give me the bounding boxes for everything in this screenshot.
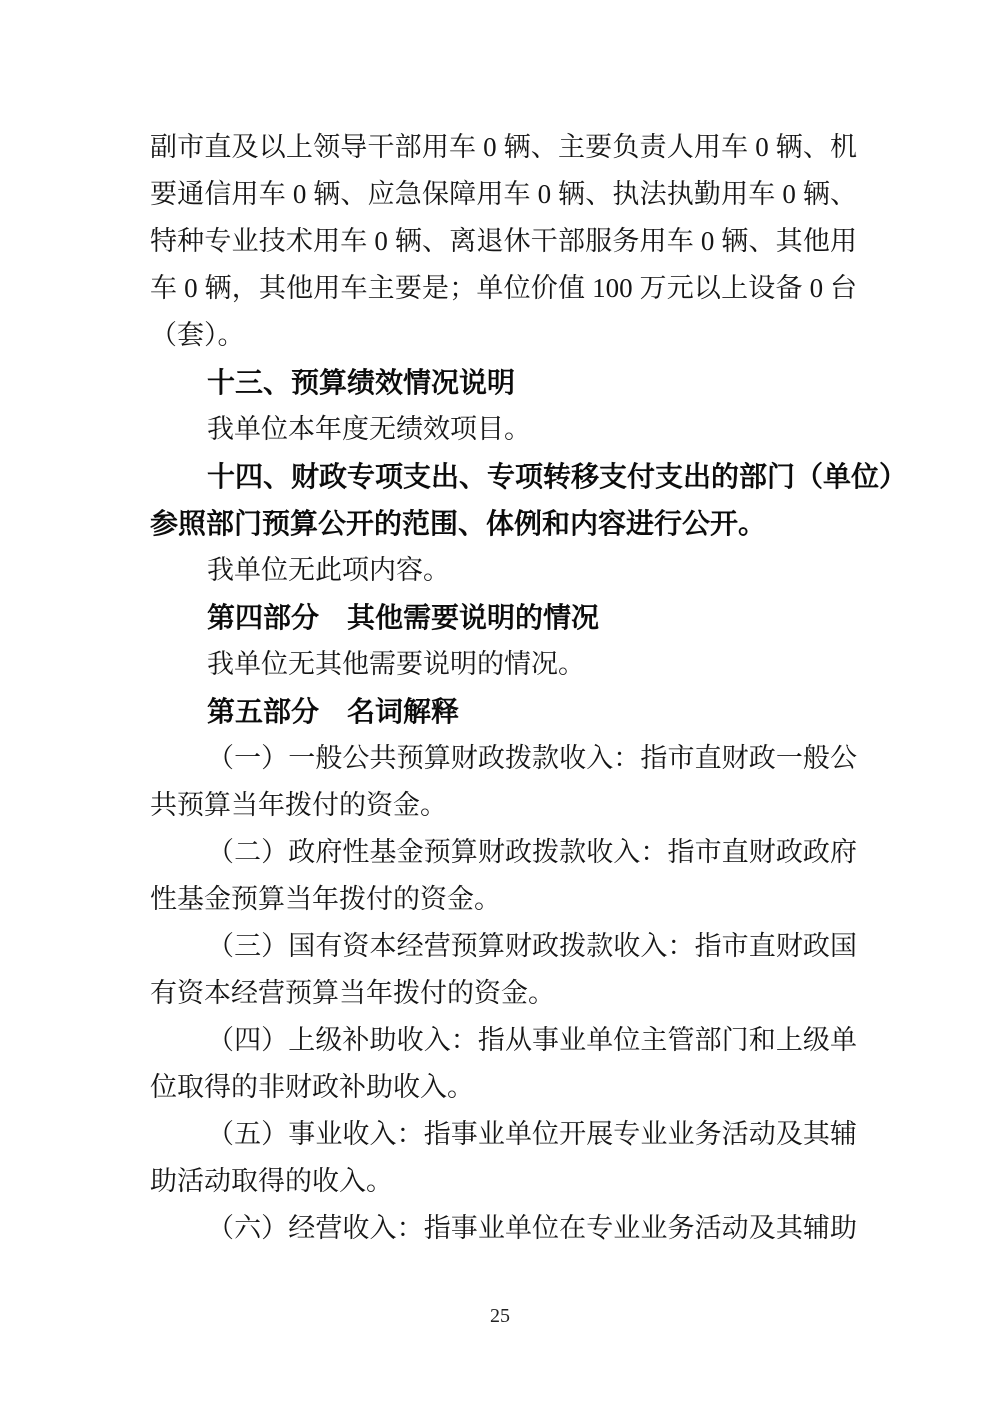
text-line: 我单位无其他需要说明的情况。 (150, 641, 857, 688)
text-line: 车 0 辆，其他用车主要是；单位价值 100 万元以上设备 0 台 (150, 265, 857, 312)
text-line: 十三、预算绩效情况说明 (150, 359, 857, 406)
text-line: 我单位本年度无绩效项目。 (150, 406, 857, 453)
text-line: （五）事业收入：指事业单位开展专业业务活动及其辅 (150, 1111, 857, 1158)
text-line: 特种专业技术用车 0 辆、离退休干部服务用车 0 辆、其他用 (150, 218, 857, 265)
text-line: （四）上级补助收入：指从事业单位主管部门和上级单 (150, 1017, 857, 1064)
text-line: 十四、财政专项支出、专项转移支付支出的部门（单位） (150, 453, 857, 500)
page-number: 25 (490, 1305, 510, 1327)
section-heading: 第四部分 其他需要说明的情况 (150, 594, 857, 641)
text-line: 第四部分 其他需要说明的情况 (150, 594, 857, 641)
text-line: 参照部门预算公开的范围、体例和内容进行公开。 (150, 500, 857, 547)
text-line: （三）国有资本经营预算财政拨款收入：指市直财政国 (150, 923, 857, 970)
page-footer: 25 (0, 1305, 1000, 1328)
document-page: 副市直及以上领导干部用车 0 辆、主要负责人用车 0 辆、机要通信用车 0 辆、… (0, 0, 1000, 1414)
text-line: （套）。 (150, 312, 857, 359)
document-body: 副市直及以上领导干部用车 0 辆、主要负责人用车 0 辆、机要通信用车 0 辆、… (150, 124, 857, 1252)
text-line: （一）一般公共预算财政拨款收入：指市直财政一般公 (150, 735, 857, 782)
text-line: 副市直及以上领导干部用车 0 辆、主要负责人用车 0 辆、机 (150, 124, 857, 171)
text-line: 我单位无此项内容。 (150, 547, 857, 594)
text-line: 要通信用车 0 辆、应急保障用车 0 辆、执法执勤用车 0 辆、 (150, 171, 857, 218)
paragraph: （二）政府性基金预算财政拨款收入：指市直财政政府性基金预算当年拨付的资金。 (150, 829, 857, 923)
text-line: （二）政府性基金预算财政拨款收入：指市直财政政府 (150, 829, 857, 876)
paragraph: （四）上级补助收入：指从事业单位主管部门和上级单位取得的非财政补助收入。 (150, 1017, 857, 1111)
paragraph: （三）国有资本经营预算财政拨款收入：指市直财政国有资本经营预算当年拨付的资金。 (150, 923, 857, 1017)
text-line: 共预算当年拨付的资金。 (150, 782, 857, 829)
text-line: 有资本经营预算当年拨付的资金。 (150, 970, 857, 1017)
text-line: 第五部分 名词解释 (150, 688, 857, 735)
paragraph: 我单位本年度无绩效项目。 (150, 406, 857, 453)
paragraph: 我单位无其他需要说明的情况。 (150, 641, 857, 688)
paragraph: （六）经营收入：指事业单位在专业业务活动及其辅助 (150, 1205, 857, 1252)
text-line: （六）经营收入：指事业单位在专业业务活动及其辅助 (150, 1205, 857, 1252)
paragraph: （一）一般公共预算财政拨款收入：指市直财政一般公共预算当年拨付的资金。 (150, 735, 857, 829)
paragraph: 我单位无此项内容。 (150, 547, 857, 594)
section-heading: 第五部分 名词解释 (150, 688, 857, 735)
paragraph: 副市直及以上领导干部用车 0 辆、主要负责人用车 0 辆、机要通信用车 0 辆、… (150, 124, 857, 359)
text-line: 性基金预算当年拨付的资金。 (150, 876, 857, 923)
text-line: 助活动取得的收入。 (150, 1158, 857, 1205)
paragraph: （五）事业收入：指事业单位开展专业业务活动及其辅助活动取得的收入。 (150, 1111, 857, 1205)
section-heading: 十三、预算绩效情况说明 (150, 359, 857, 406)
text-line: 位取得的非财政补助收入。 (150, 1064, 857, 1111)
section-heading: 十四、财政专项支出、专项转移支付支出的部门（单位）参照部门预算公开的范围、体例和… (150, 453, 857, 547)
